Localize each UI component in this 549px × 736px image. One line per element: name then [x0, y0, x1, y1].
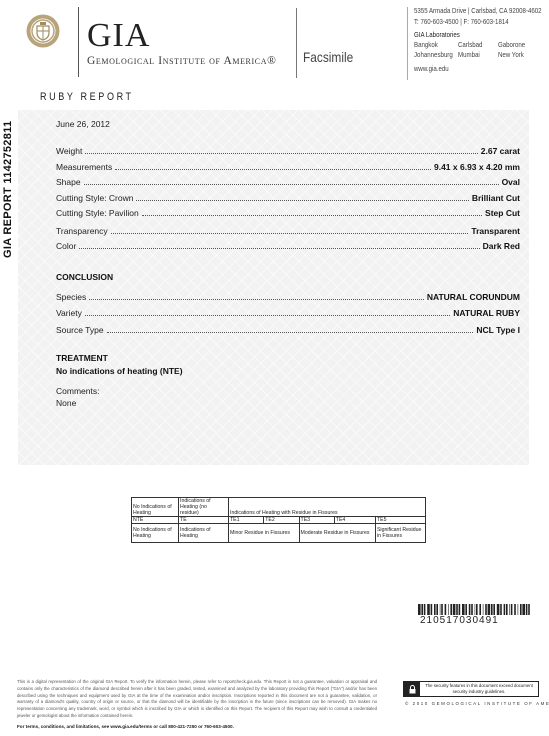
copyright-text: © 2010 GEMOLOGICAL INSTITUTE OF AMERICA,… [405, 701, 549, 706]
dot-leader [84, 183, 499, 185]
field-row-transparency: TransparencyTransparent [56, 224, 520, 236]
treatment-scale-table: No Indications of Heating Indications of… [131, 497, 426, 543]
labs-title: GIA Laboratories [414, 30, 460, 40]
table-cell: TE [179, 517, 229, 524]
institute-name: Gemological Institute of America® [87, 55, 276, 67]
treatment-heading: TREATMENT [56, 353, 108, 363]
facsimile-label: Facsimile [303, 49, 353, 65]
field-row-weight: Weight2.67 carat [56, 144, 520, 156]
gia-seal-icon [26, 14, 60, 48]
field-row-cutting-pavilion: Cutting Style: PavilionStep Cut [56, 206, 520, 218]
phone-line: T: 760-603-4500 | F: 760-603-1814 [414, 17, 509, 27]
table-cell: TE3 [299, 517, 334, 524]
website-link[interactable]: www.gia.edu [414, 64, 449, 74]
field-row-source-type: Source TypeNCL Type I [56, 323, 520, 335]
field-value: 9.41 x 6.93 x 4.20 mm [434, 162, 520, 172]
security-notice: The security features in this document e… [403, 681, 539, 697]
report-number-side-label: GIA REPORT 1142752811 [2, 121, 14, 258]
field-row-color: ColorDark Red [56, 239, 520, 251]
gia-logo-text: GIA [87, 19, 150, 53]
table-cell: TE2 [264, 517, 299, 524]
lab-city: Johannesburg [414, 50, 453, 59]
report-date: June 26, 2012 [56, 119, 110, 129]
disclaimer-text: This is a digital representation of the … [17, 679, 377, 720]
field-label: Weight [56, 146, 82, 156]
address-line: 5355 Armada Drive | Carlsbad, CA 92008-4… [414, 6, 542, 16]
field-label: Variety [56, 308, 82, 318]
table-cell: Indications of Heating (no residue) [179, 498, 229, 517]
lab-city: Gaborone [498, 40, 525, 49]
table-cell: Moderate Residue in Fissures [299, 524, 375, 543]
table-row: No Indications of Heating Indications of… [132, 524, 426, 543]
field-label: Species [56, 292, 86, 302]
field-value: Dark Red [483, 241, 520, 251]
field-label: Cutting Style: Crown [56, 193, 133, 203]
field-row-species: SpeciesNATURAL CORUNDUM [56, 290, 520, 302]
table-cell: TE1 [229, 517, 264, 524]
field-row-variety: VarietyNATURAL RUBY [56, 306, 520, 318]
dot-leader [107, 331, 474, 333]
field-value: Step Cut [485, 208, 520, 218]
field-label: Cutting Style: Pavilion [56, 208, 139, 218]
comments-label: Comments: [56, 386, 99, 396]
security-text: The security features in this document e… [420, 682, 538, 696]
lab-city: Mumbai [458, 50, 480, 59]
field-label: Transparency [56, 226, 108, 236]
header-divider [407, 7, 408, 80]
table-row: NTE TE TE1 TE2 TE3 TE4 TE5 [132, 517, 426, 524]
header-divider [78, 7, 79, 77]
conclusion-heading: CONCLUSION [56, 272, 113, 282]
table-cell: Minor Residue in Fissures [229, 524, 300, 543]
table-row: No Indications of Heating Indications of… [132, 498, 426, 517]
table-cell: No Indications of Heating [132, 498, 179, 517]
field-value: NATURAL CORUNDUM [427, 292, 520, 302]
terms-text: For terms, conditions, and limitations, … [17, 724, 234, 729]
table-cell: Significant Residue in Fissures [375, 524, 425, 543]
lab-city: Bangkok [414, 40, 438, 49]
table-cell: TE5 [375, 517, 425, 524]
barcode-icon [418, 604, 530, 615]
dot-leader [142, 214, 482, 216]
dot-leader [89, 298, 424, 300]
dot-leader [85, 314, 450, 316]
report-title: RUBY REPORT [40, 91, 134, 103]
field-row-shape: ShapeOval [56, 175, 520, 187]
table-cell: TE4 [334, 517, 375, 524]
table-cell: Indications of Heating [179, 524, 229, 543]
field-value: 2.67 carat [481, 146, 520, 156]
table-cell: NTE [132, 517, 179, 524]
dot-leader [136, 199, 468, 201]
dot-leader [85, 152, 477, 154]
header-divider [296, 8, 297, 78]
field-value: NCL Type I [476, 325, 520, 335]
field-value: Oval [502, 177, 520, 187]
table-cell: Indications of Heating with Residue in F… [229, 498, 426, 517]
treatment-result: No indications of heating (NTE) [56, 366, 183, 376]
lab-city: Carlsbad [458, 40, 482, 49]
field-label: Shape [56, 177, 81, 187]
field-value: Transparent [471, 226, 520, 236]
lock-icon [404, 682, 420, 696]
field-label: Measurements [56, 162, 112, 172]
dot-leader [115, 168, 431, 170]
barcode-number: 210517030491 [420, 615, 499, 626]
field-value: Brilliant Cut [472, 193, 520, 203]
field-row-cutting-crown: Cutting Style: CrownBrilliant Cut [56, 191, 520, 203]
field-label: Color [56, 241, 76, 251]
field-row-measurements: Measurements9.41 x 6.93 x 4.20 mm [56, 160, 520, 172]
dot-leader [79, 247, 479, 249]
field-value: NATURAL RUBY [453, 308, 520, 318]
lab-city: New York [498, 50, 524, 59]
field-label: Source Type [56, 325, 104, 335]
comments-value: None [56, 398, 76, 408]
table-cell: No Indications of Heating [132, 524, 179, 543]
dot-leader [111, 232, 469, 234]
